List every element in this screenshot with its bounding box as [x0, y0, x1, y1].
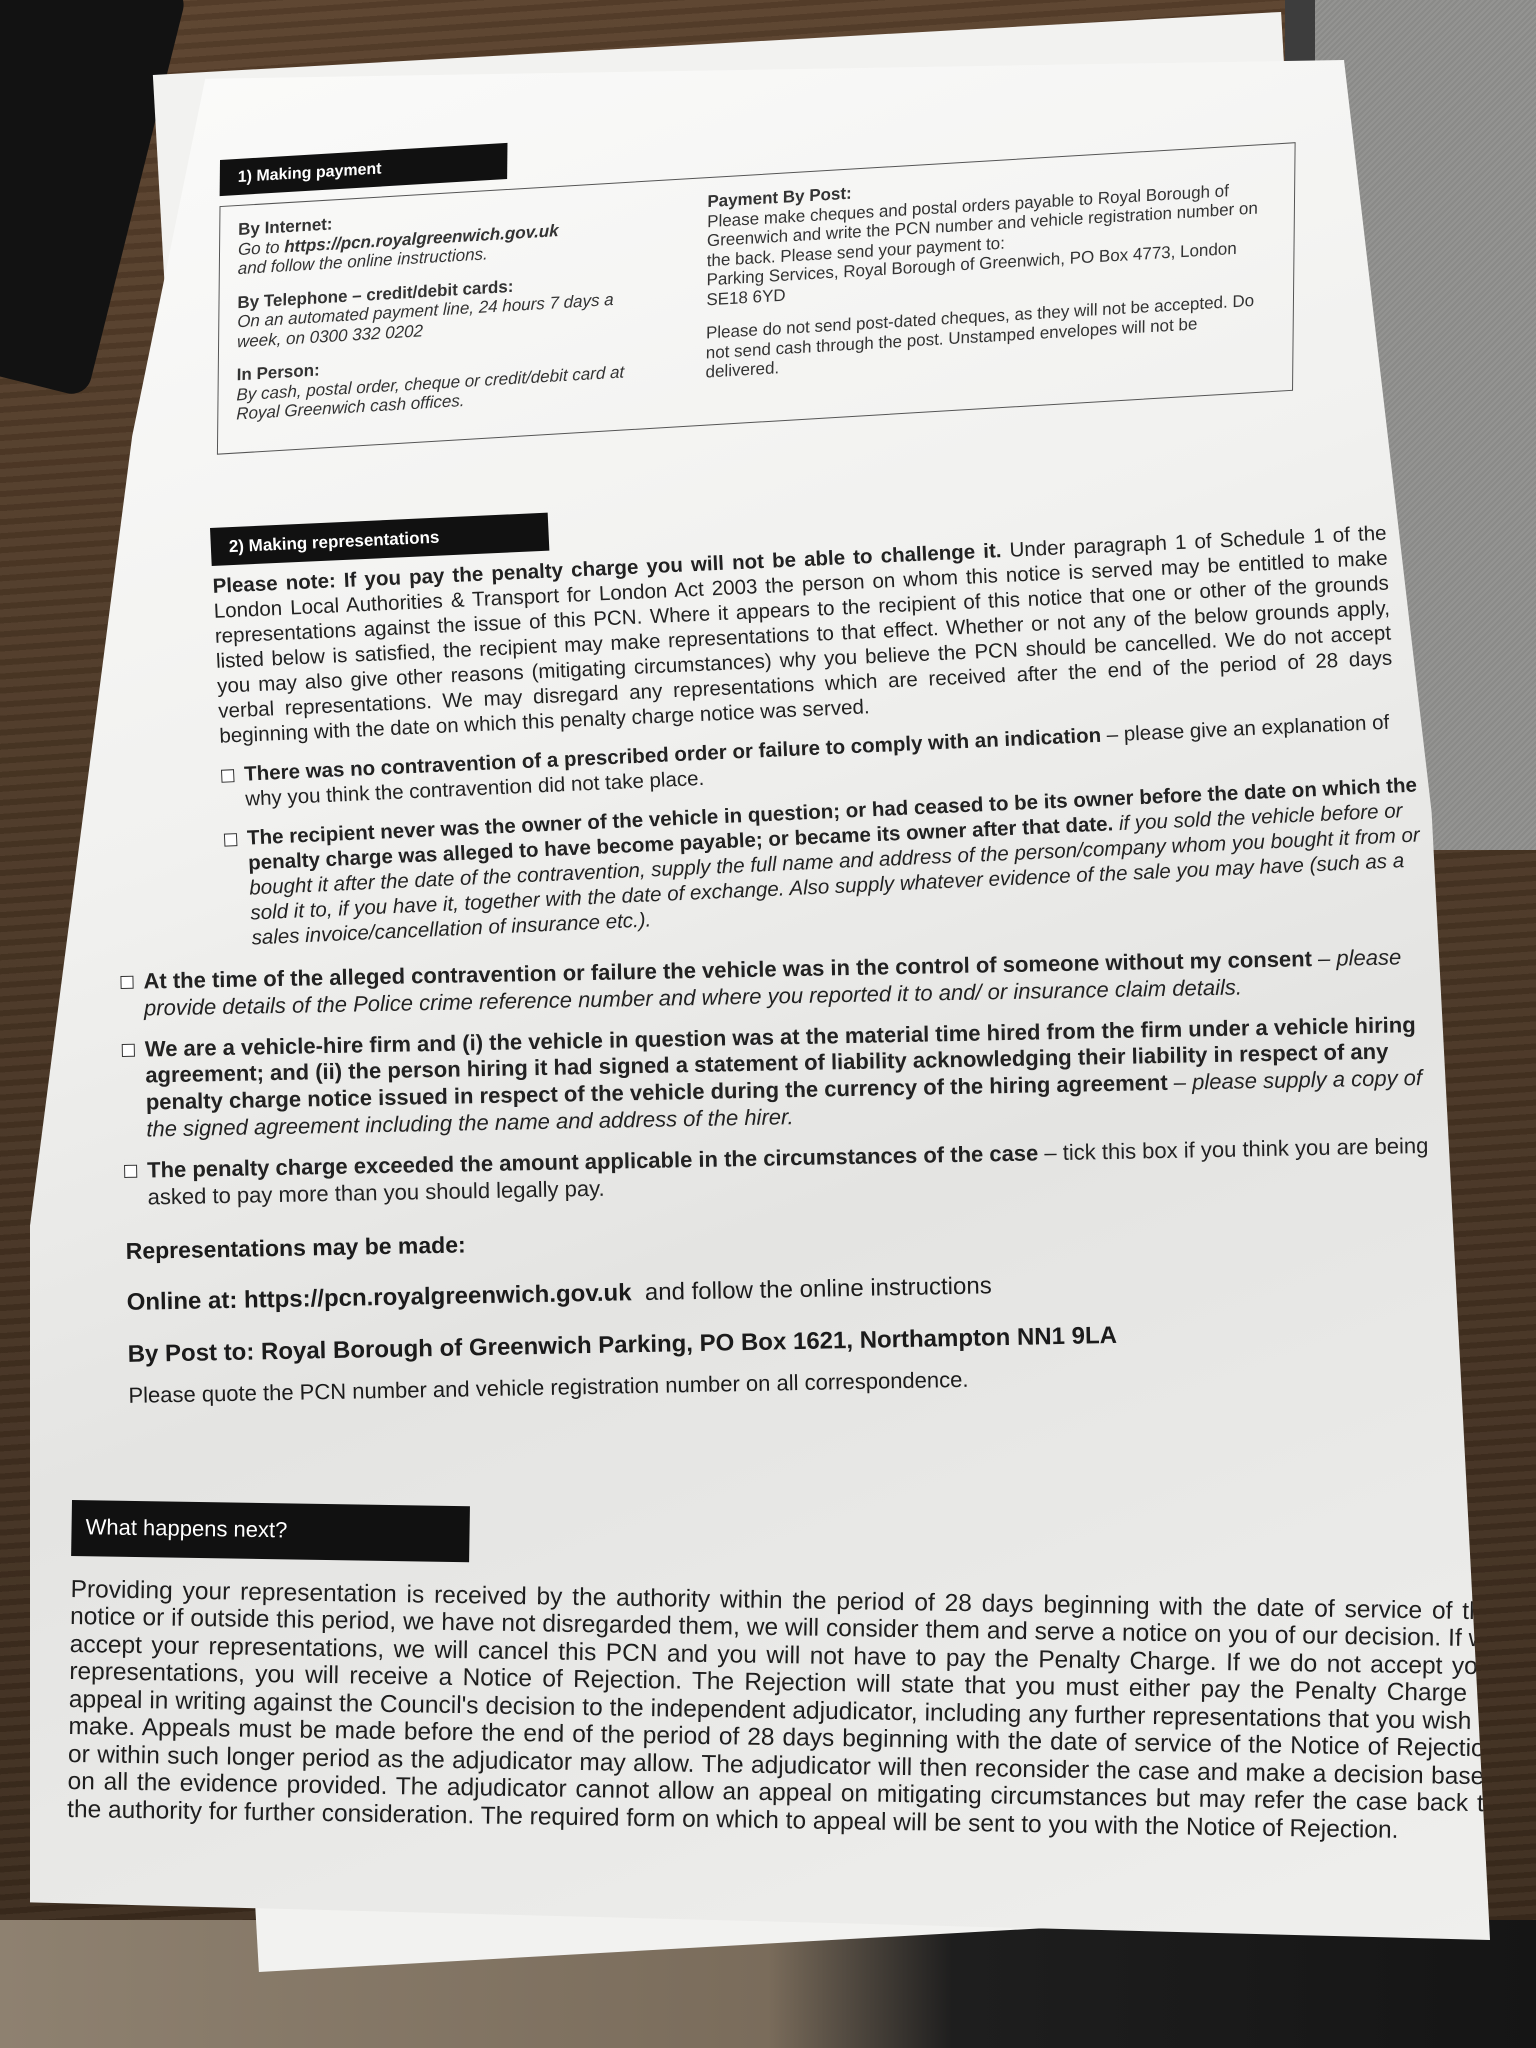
representations-url-link[interactable]: https://pcn.royalgreenwich.gov.uk — [244, 1279, 632, 1313]
representations-may-be-made: Representations may be made: — [125, 1212, 1465, 1265]
pay-by-internet: By Internet: Go to https://pcn.royalgree… — [238, 195, 658, 279]
what-next-body: Providing your representation is receive… — [67, 1576, 1501, 1845]
representations-online: Online at: https://pcn.royalgreenwich.go… — [126, 1263, 1466, 1317]
section-heading-what-next: What happens next? — [71, 1500, 470, 1562]
pay-by-telephone: By Telephone – credit/debit cards: On an… — [237, 268, 657, 352]
checkbox-ground-2[interactable] — [224, 833, 238, 847]
section-representations-continued: At the time of the alleged contravention… — [120, 929, 1468, 1408]
section-making-representations: 2) Making representations Please note: I… — [210, 474, 1428, 952]
pcn-notice-page: 1) Making payment By Internet: Go to htt… — [30, 60, 1490, 1940]
pay-in-person: In Person: By cash, postal order, cheque… — [236, 341, 656, 425]
checkbox-ground-3[interactable] — [120, 976, 133, 989]
ground-charge-exceeded: The penalty charge exceeded the amount a… — [124, 1133, 1445, 1212]
payment-methods-box: By Internet: Go to https://pcn.royalgree… — [217, 142, 1296, 454]
section-what-happens-next: What happens next? Providing your repres… — [67, 1500, 1512, 1846]
checkbox-ground-4[interactable] — [122, 1043, 135, 1056]
section-heading-payment: 1) Making payment — [220, 143, 508, 196]
checkbox-ground-5[interactable] — [124, 1165, 137, 1178]
section-heading-representations: 2) Making representations — [210, 513, 549, 566]
ground-without-consent: At the time of the alleged contravention… — [120, 944, 1441, 1023]
section-making-payment: 1) Making payment By Internet: Go to htt… — [217, 94, 1338, 455]
pay-by-post: Payment By Post: Please make cheques and… — [706, 159, 1266, 310]
ground-vehicle-hire: We are a vehicle-hire firm and (i) the v… — [122, 1011, 1444, 1144]
checkbox-ground-1[interactable] — [221, 769, 235, 783]
